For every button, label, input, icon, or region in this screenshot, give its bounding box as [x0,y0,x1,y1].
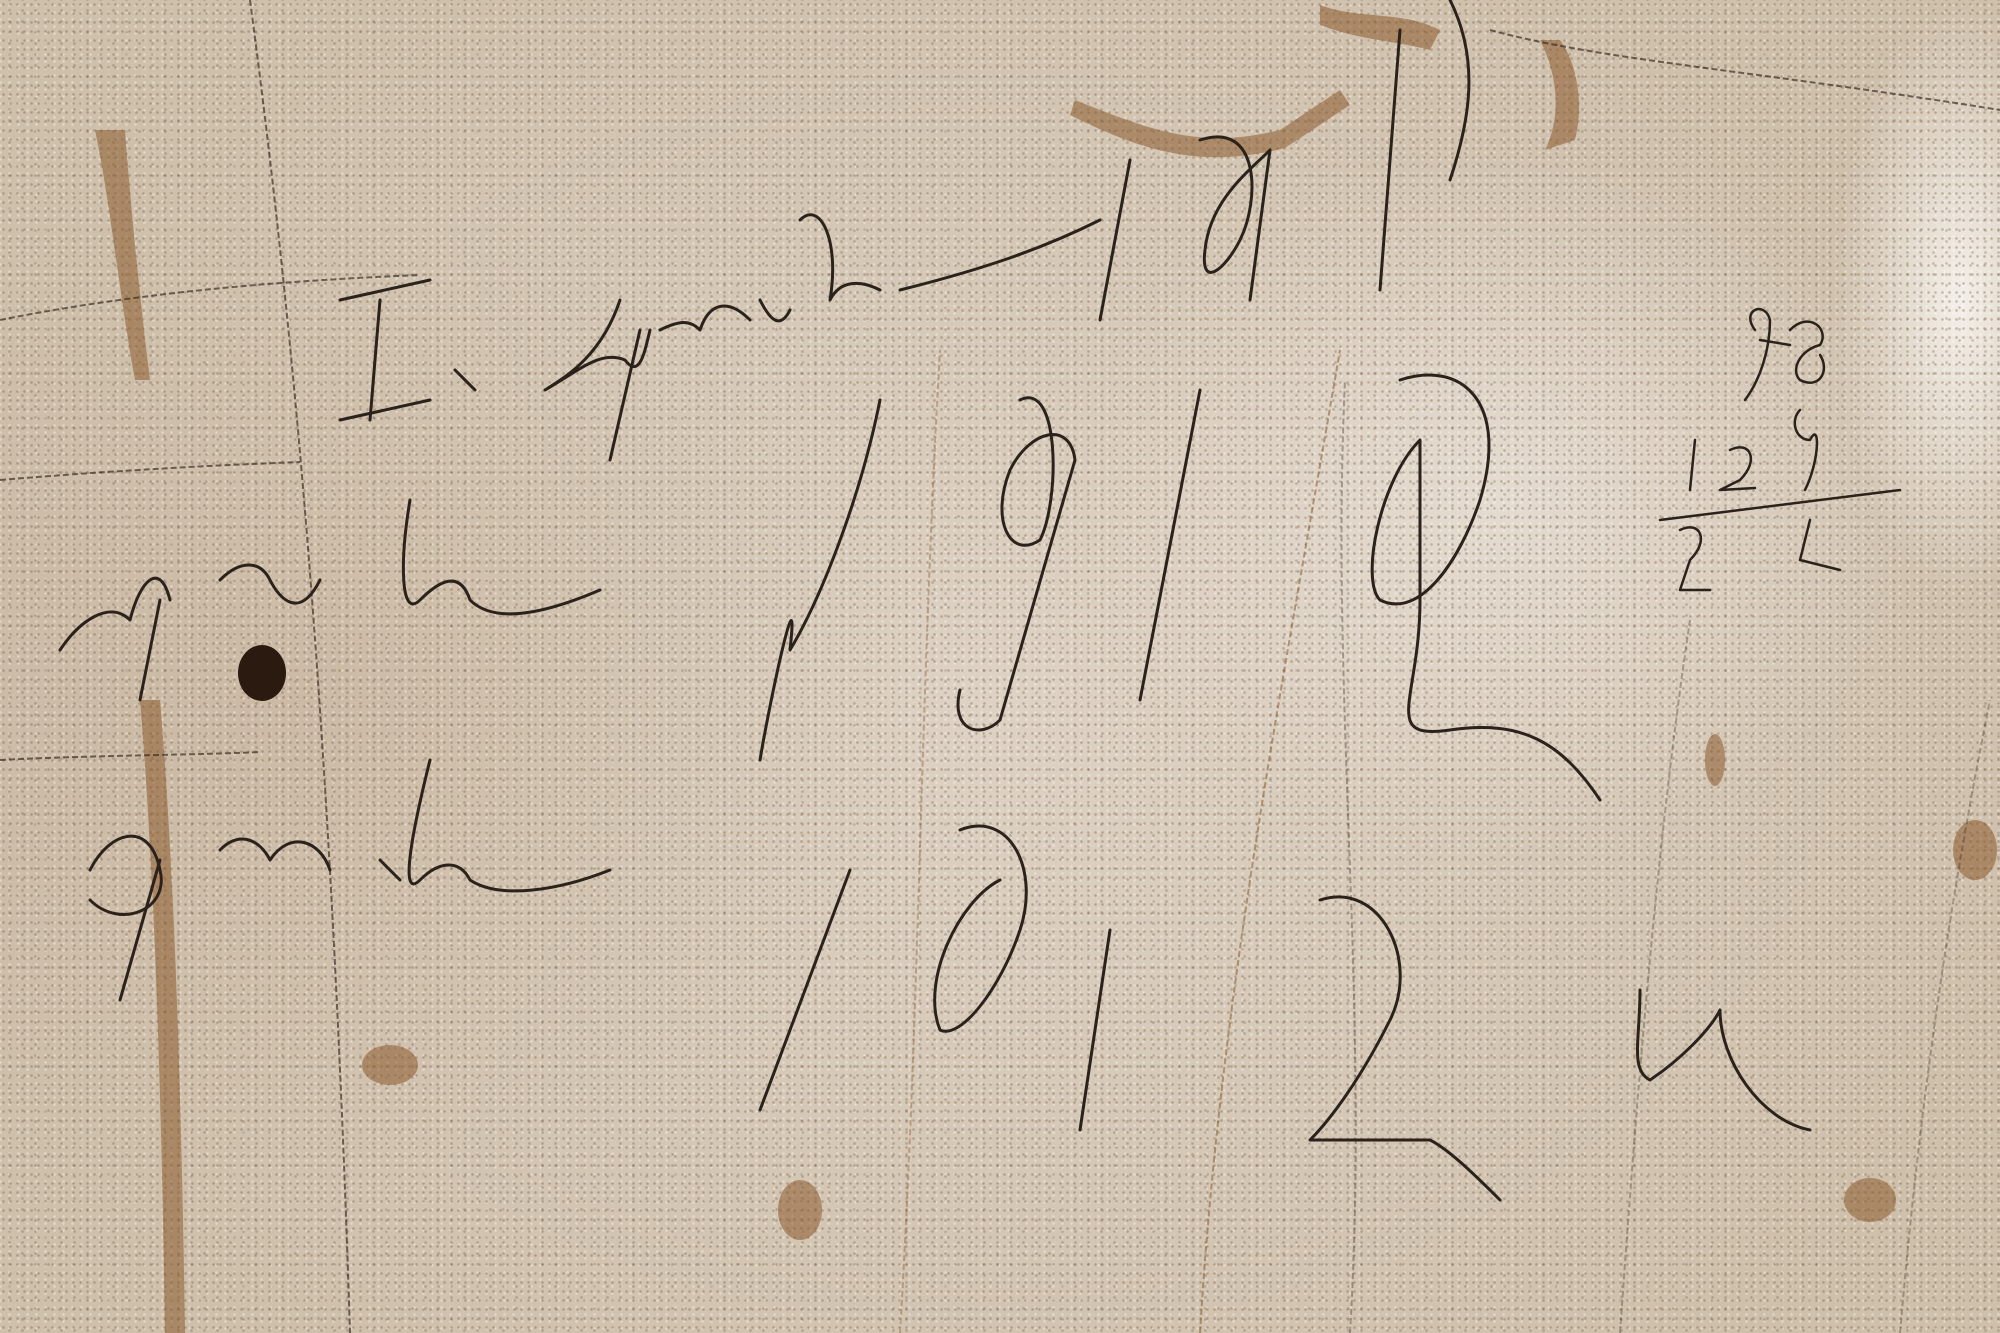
inscription-tally [1660,309,1900,590]
graffiti-drawing [0,0,2000,1333]
inscription-line-1 [340,0,1469,460]
inscription-line-3 [90,760,1810,1200]
pencil-inscriptions [60,0,1900,1200]
ruled-lines [0,0,2000,1333]
wall-hole [238,645,286,701]
inscription-line-2 [60,375,1600,800]
rust-stains [95,5,1997,1333]
